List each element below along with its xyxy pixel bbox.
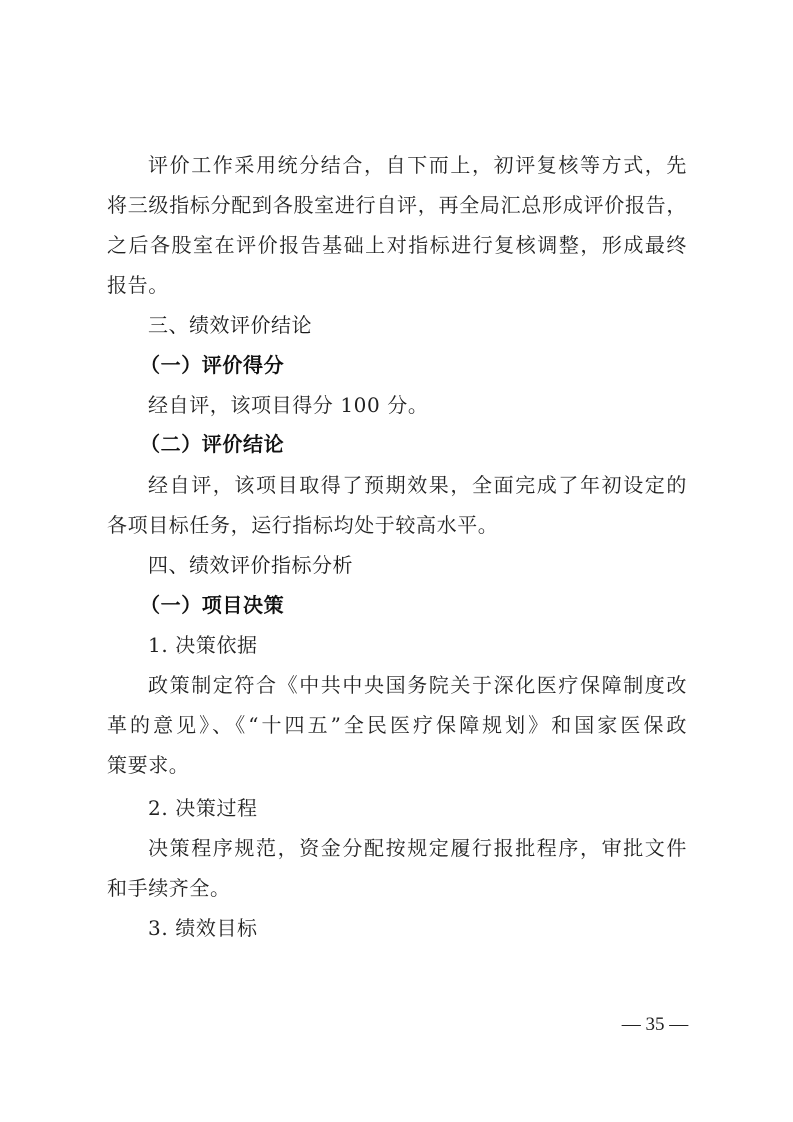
paragraph-line: 报告。 bbox=[107, 270, 687, 300]
subsection-heading: （二）评价结论 bbox=[140, 429, 720, 459]
paragraph-line: 决策程序规范，资金分配按规定履行报批程序，审批文件 bbox=[148, 833, 687, 863]
subsection-heading: （一）项目决策 bbox=[140, 590, 720, 620]
paragraph-line: 之后各股室在评价报告基础上对指标进行复核调整，形成最终 bbox=[107, 230, 687, 260]
paragraph-line: 各项目标任务，运行指标均处于较高水平。 bbox=[107, 510, 687, 540]
paragraph-line: 和手续齐全。 bbox=[107, 873, 687, 903]
numbered-heading: 2. 决策过程 bbox=[148, 793, 687, 823]
numbered-heading: 1. 决策依据 bbox=[148, 630, 687, 660]
subsection-heading: （一）评价得分 bbox=[140, 350, 720, 380]
paragraph-line: 政策制定符合《中共中央国务院关于深化医疗保障制度改 bbox=[148, 670, 687, 700]
numbered-heading: 3. 绩效目标 bbox=[148, 913, 687, 943]
paragraph-line: 将三级指标分配到各股室进行自评，再全局汇总形成评价报告， bbox=[107, 190, 687, 220]
paragraph-line: 策要求。 bbox=[107, 750, 687, 780]
section-heading: 三、绩效评价结论 bbox=[148, 310, 687, 340]
paragraph-line: 经自评，该项目取得了预期效果，全面完成了年初设定的 bbox=[148, 470, 687, 500]
section-heading: 四、绩效评价指标分析 bbox=[148, 550, 687, 580]
page-number: — 35 — bbox=[600, 1013, 710, 1037]
paragraph-line: 评价工作采用统分结合，自下而上，初评复核等方式，先 bbox=[148, 150, 687, 180]
document-page: 评价工作采用统分结合，自下而上，初评复核等方式，先 将三级指标分配到各股室进行自… bbox=[0, 0, 793, 1122]
paragraph-line: 经自评，该项目得分 100 分。 bbox=[148, 390, 687, 420]
paragraph-line: 革的意见》、《“十四五”全民医疗保障规划》和国家医保政 bbox=[107, 710, 687, 740]
